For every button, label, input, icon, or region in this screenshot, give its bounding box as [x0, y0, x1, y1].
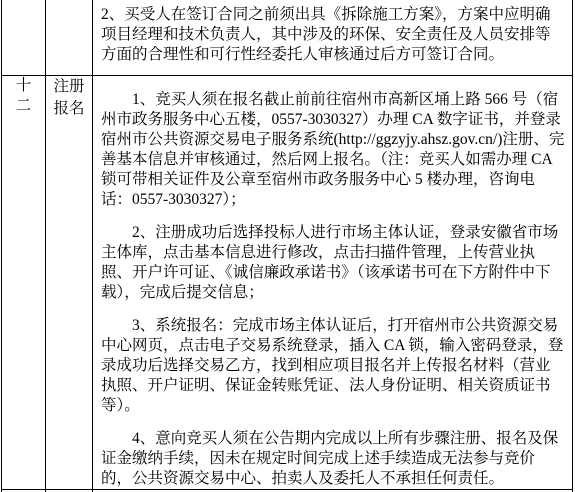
announcement-table: 2、买受人在签订合同之前须出具《拆除施工方案》，方案中应明确项目经理和技术负责人… — [1, 0, 573, 492]
step-paragraph-2: 2、注册成功后选择投标人进行市场主体认证，登录安徽省市场主体库，点击基本信息进行… — [101, 223, 565, 303]
index-cell-empty — [2, 0, 46, 76]
clause-paragraph: 2、买受人在签订合同之前须出具《拆除施工方案》，方案中应明确项目经理和技术负责人… — [101, 5, 565, 65]
table-row-previous-clause: 2、买受人在签订合同之前须出具《拆除施工方案》，方案中应明确项目经理和技术负责人… — [2, 0, 573, 76]
step-paragraph-4: 4、意向竞买人须在公告期内完成以上所有步骤注册、报名及保证金缴纳手续，因未在规定… — [101, 429, 565, 489]
row-category-label: 注册报名 — [54, 76, 85, 120]
row-index-label: 十二 — [16, 76, 32, 116]
step-paragraph-3: 3、系统报名：完成市场主体认证后，打开宿州市公共资源交易中心网页，点击电子交易系… — [101, 316, 565, 416]
step-paragraph-1: 1、竞买人须在报名截止前前往宿州市高新区埇上路 566 号（宿州市政务服务中心五… — [101, 90, 565, 210]
content-cell: 2、买受人在签订合同之前须出具《拆除施工方案》，方案中应明确项目经理和技术负责人… — [93, 0, 573, 76]
row-index-cell: 十二 — [2, 76, 46, 490]
registration-content-cell: 1、竞买人须在报名截止前前往宿州市高新区埇上路 566 号（宿州市政务服务中心五… — [93, 76, 573, 490]
steps-container: 1、竞买人须在报名截止前前往宿州市高新区埇上路 566 号（宿州市政务服务中心五… — [93, 76, 572, 489]
table-row-registration: 十二 注册报名 1、竞买人须在报名截止前前往宿州市高新区埇上路 566 号（宿州… — [2, 76, 573, 490]
clause-container: 2、买受人在签订合同之前须出具《拆除施工方案》，方案中应明确项目经理和技术负责人… — [93, 0, 572, 75]
row-category-cell: 注册报名 — [46, 76, 93, 490]
document-page: 2、买受人在签订合同之前须出具《拆除施工方案》，方案中应明确项目经理和技术负责人… — [0, 0, 575, 492]
category-cell-empty — [46, 0, 93, 76]
